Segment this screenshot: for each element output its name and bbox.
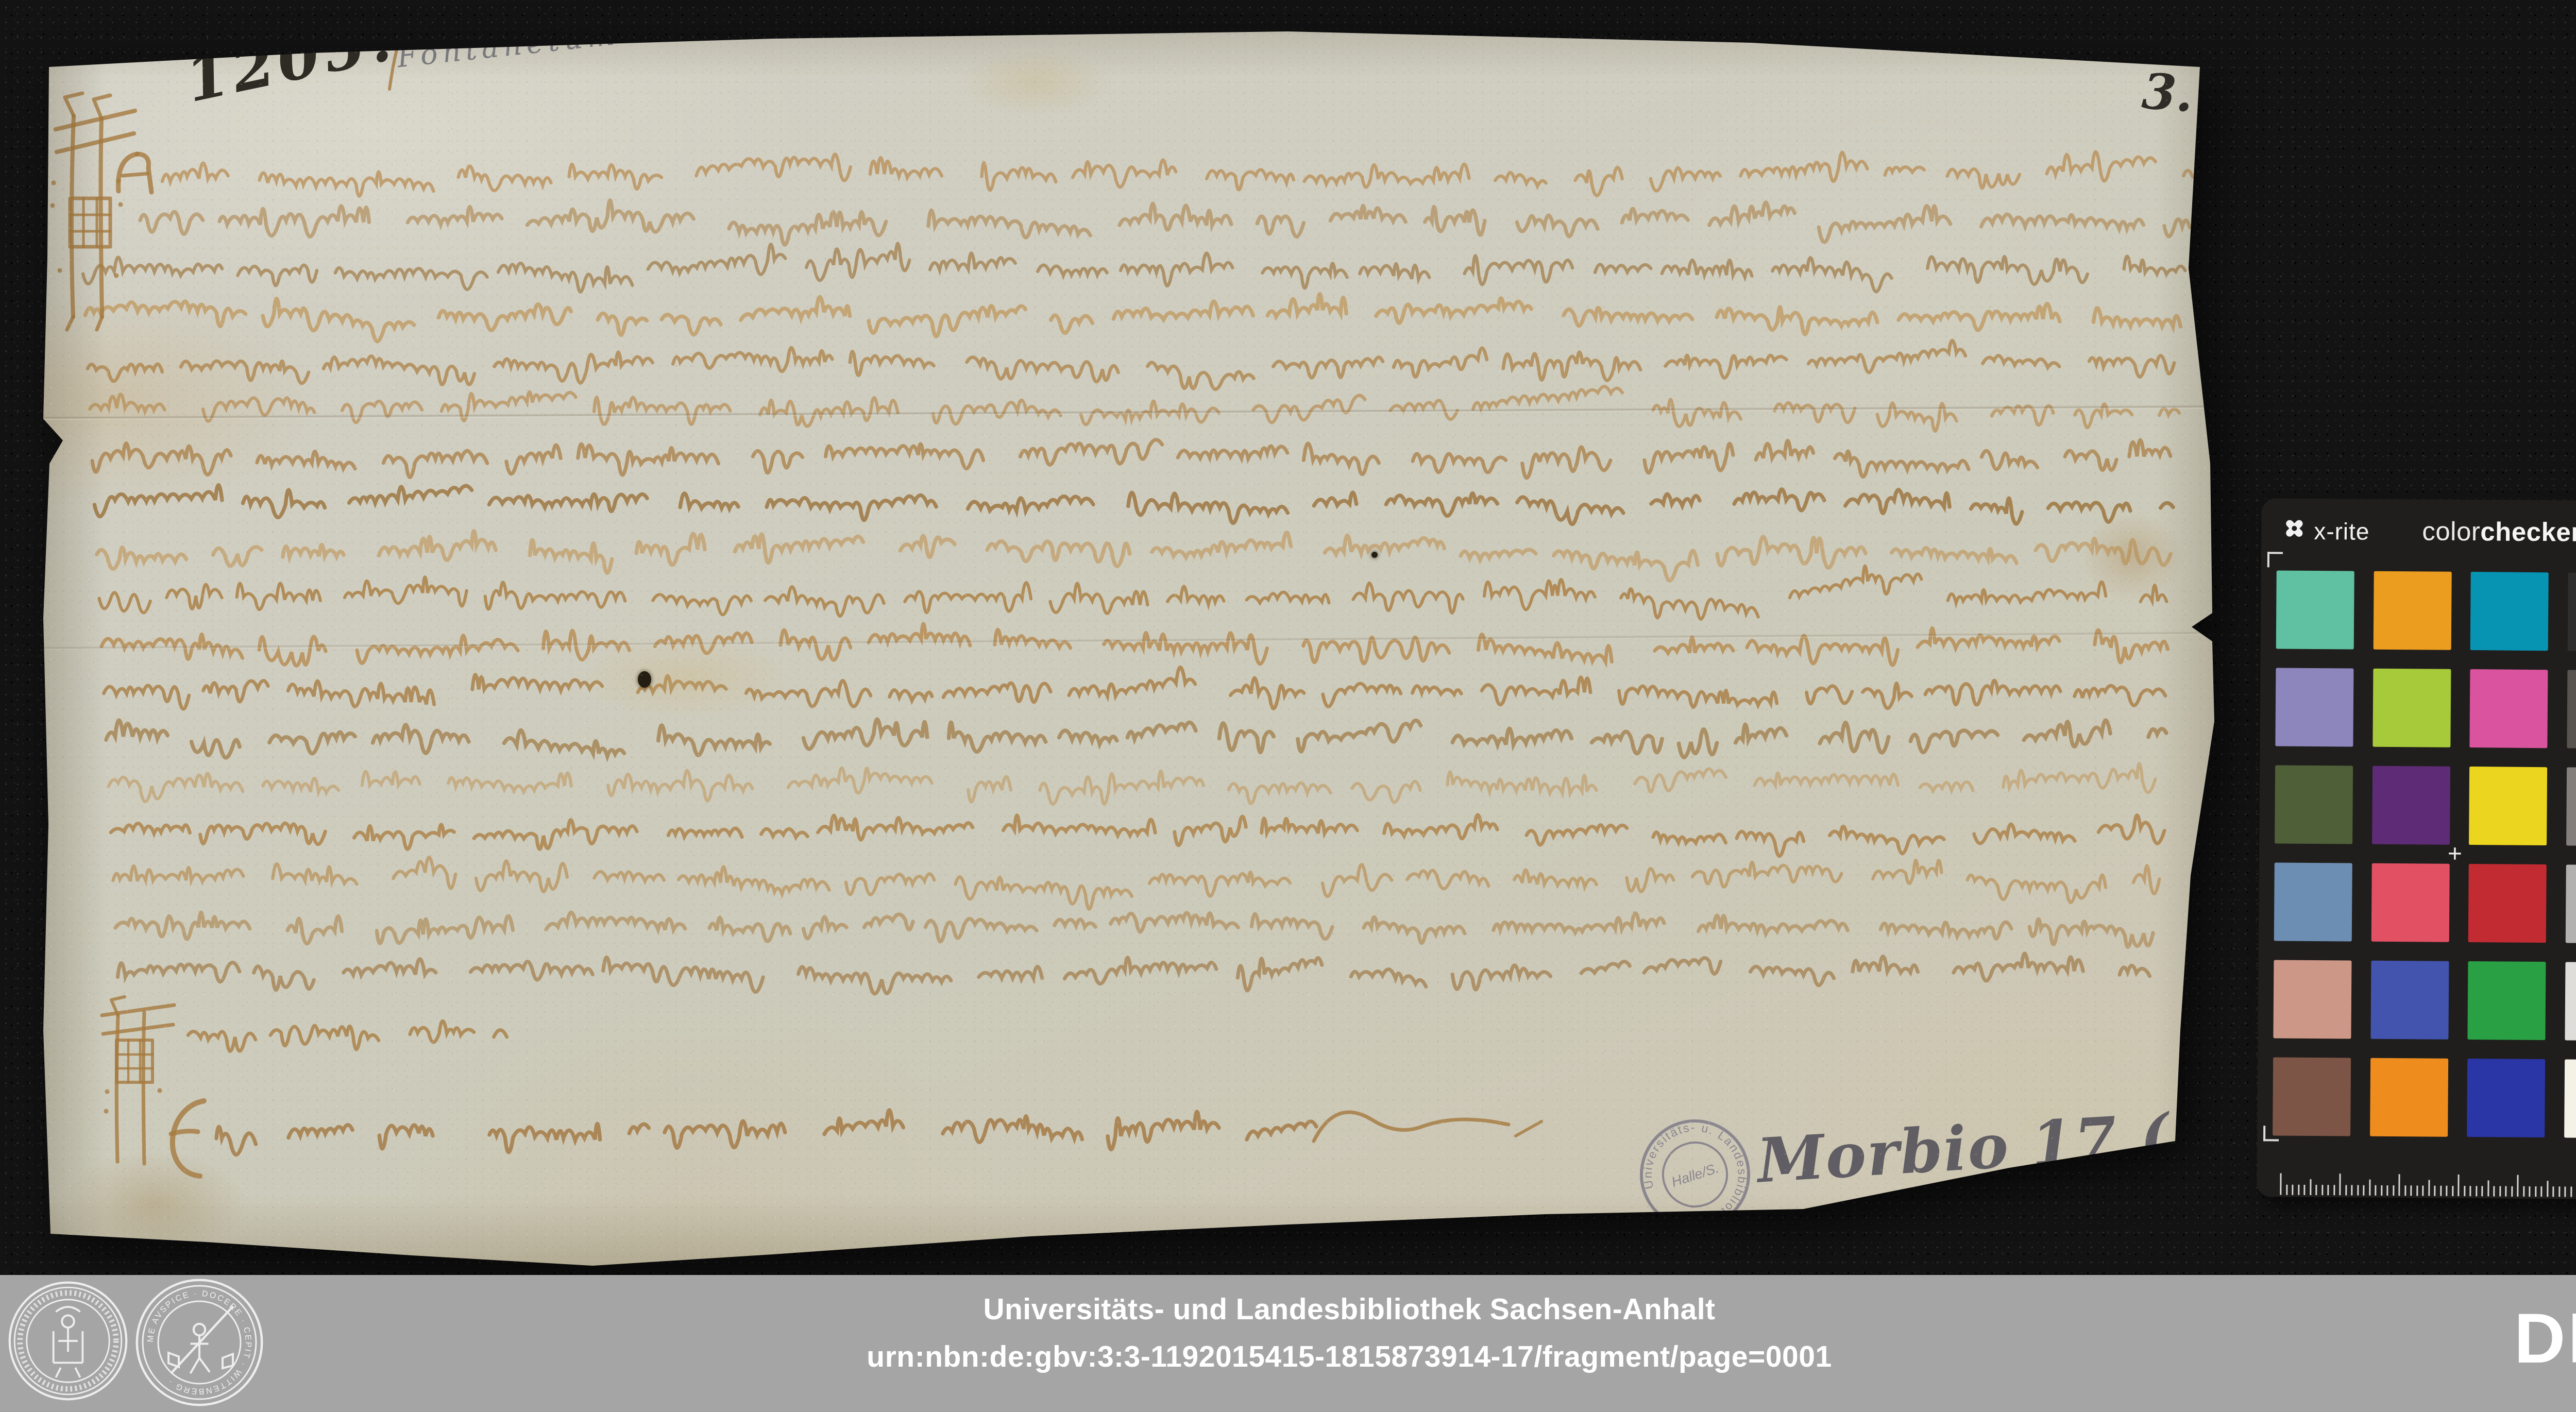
color-patch-r5c2 [2370, 961, 2449, 1040]
color-patch-r5c1 [2273, 960, 2351, 1039]
color-patch-r5c4 [2565, 962, 2576, 1041]
color-patch-r1c2 [2374, 571, 2452, 650]
color-patch-r6c2 [2370, 1058, 2448, 1137]
color-patch-r2c2 [2372, 669, 2451, 747]
color-patch-r6c3 [2467, 1059, 2545, 1137]
registration-bracket [2267, 552, 2283, 567]
colorchecker-wordmark: colorchecker [2422, 516, 2576, 547]
color-patch-r2c4 [2567, 670, 2576, 748]
color-patch-r3c1 [2275, 765, 2353, 844]
parchment-hole [638, 671, 651, 688]
color-patch-r1c4 [2568, 572, 2576, 651]
wordmark-color: color [2422, 516, 2480, 546]
color-patch-r4c3 [2468, 864, 2547, 943]
color-patch-r4c2 [2371, 863, 2450, 942]
stamp-center-text: Halle/S. [1670, 1160, 1721, 1190]
color-patch-r6c4 [2564, 1059, 2576, 1138]
color-patch-r3c3 [2469, 767, 2547, 845]
center-cross-mark: + [2448, 840, 2462, 868]
handwritten-text-lines [83, 152, 2193, 1155]
dfg-logo: DFG [2514, 1298, 2576, 1380]
university-seal-halle [7, 1280, 129, 1402]
color-patch-r4c4 [2566, 864, 2576, 943]
university-seal-wittenberg: ME AVSPICE · DOCERE · CEPIT · WITTENBERG… [135, 1278, 264, 1407]
colorchecker-card: x-rite colorchecker CLASSIC + mm [2257, 498, 2576, 1199]
parchment-hole [1371, 552, 1378, 558]
color-patch-r5c3 [2467, 961, 2546, 1040]
x-rite-logo-icon [2281, 515, 2308, 542]
color-patch-grid [2262, 498, 2576, 501]
color-patch-r4c1 [2274, 862, 2352, 941]
color-patch-r3c4 [2566, 767, 2576, 846]
color-patch-r2c1 [2275, 668, 2353, 746]
institution-name: Universitäts- und Landesbibliothek Sachs… [867, 1292, 1832, 1326]
color-patch-r1c1 [2276, 570, 2354, 649]
manuscript-ink-layer [41, 28, 2221, 1270]
footer-bar: ME AVSPICE · DOCERE · CEPIT · WITTENBERG… [0, 1275, 2576, 1412]
color-patch-r1c3 [2470, 572, 2549, 651]
color-patch-r2c3 [2469, 669, 2548, 748]
urn-identifier: urn:nbn:de:gbv:3:3-1192015415-1815873914… [867, 1340, 1832, 1374]
parchment-wrapper: 1205. Fontanetum 3. Morbio 17 (3) Univer… [41, 28, 2221, 1270]
color-patch-r3c2 [2372, 766, 2450, 845]
mm-ruler: mm [2280, 1171, 2576, 1198]
footer-text-block: Universitäts- und Landesbibliothek Sachs… [867, 1292, 1832, 1374]
parchment-charter: 1205. Fontanetum 3. Morbio 17 (3) Univer… [41, 28, 2221, 1270]
wordmark-checker: checker [2480, 517, 2576, 547]
digitized-manuscript-scan: 1205. Fontanetum 3. Morbio 17 (3) Univer… [0, 0, 2576, 1412]
colorchecker-header: x-rite colorchecker CLASSIC [2261, 512, 2576, 552]
x-rite-brand-text: x-rite [2314, 517, 2370, 546]
color-patch-r6c1 [2273, 1057, 2351, 1136]
annotation-page-number: 3. [2140, 63, 2195, 124]
